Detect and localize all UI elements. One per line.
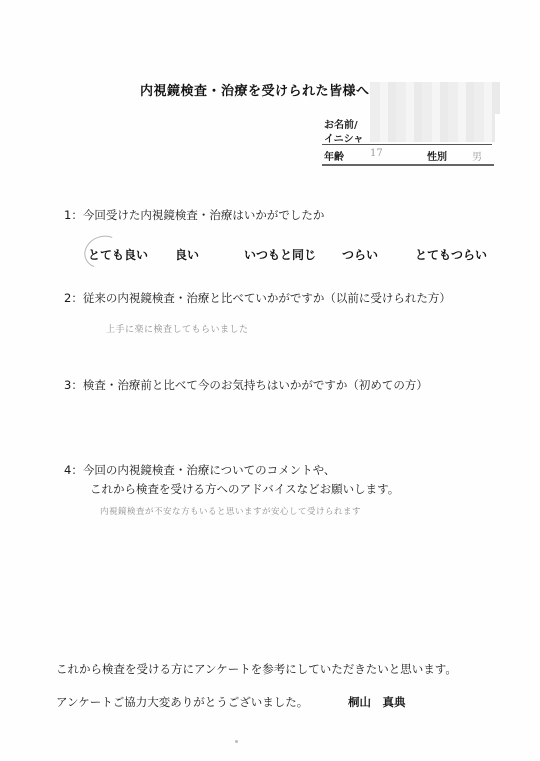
question-4-number: 4： (64, 463, 83, 477)
initials-label: イニシャ (324, 130, 363, 145)
signature: 桐山 真典 (348, 694, 406, 710)
age-value: 17 (370, 148, 383, 159)
question-1-text: 今回受けた内視鏡検査・治療はいかがでしたか (83, 208, 325, 222)
selected-circle-mark (80, 230, 127, 273)
question-2: 2：従来の内視鏡検査・治療と比べていかがですか（以前に受けられた方） (64, 290, 451, 306)
questionnaire-page: 内視鏡検査・治療を受けられた皆様へ お名前/ イニシャ 年齢 17 性別 男 1… (0, 0, 540, 761)
option-good[interactable]: 良い (175, 246, 199, 263)
footer-line-2: アンケートご協力大変ありがとうございました。 (56, 694, 308, 710)
question-3-text: 検査・治療前と比べて今のお気持ちはいかがですか（初めての方） (83, 378, 428, 392)
info-bottom-line (322, 164, 494, 166)
question-4-line2: これから検査を受ける方へのアドバイスなどお願いします。 (90, 481, 399, 497)
name-label: お名前/ (324, 116, 358, 131)
sex-label: 性別 (427, 148, 447, 163)
question-2-text: 従来の内視鏡検査・治療と比べていかがですか（以前に受けられた方） (83, 291, 451, 305)
question-2-answer: 上手に楽に検査してもらいました (106, 322, 249, 335)
question-4: 4：今回の内視鏡検査・治療についてのコメントや、 (64, 462, 335, 478)
option-very-hard[interactable]: とてもつらい (415, 246, 487, 263)
name-underline (322, 144, 492, 145)
sex-value: 男 (472, 148, 482, 163)
question-1: 1：今回受けた内視鏡検査・治療はいかがでしたか (64, 207, 324, 223)
question-1-number: 1： (64, 208, 83, 222)
scan-speck (235, 740, 238, 743)
age-label: 年齢 (324, 148, 344, 163)
question-4-text-line1: 今回の内視鏡検査・治療についてのコメントや、 (83, 463, 336, 477)
question-3-number: 3： (64, 378, 83, 392)
footer-line-1: これから検査を受ける方にアンケートを参考にしていただきたいと思います。 (56, 661, 457, 677)
option-hard[interactable]: つらい (342, 246, 378, 263)
document-title: 内視鏡検査・治療を受けられた皆様へ (140, 80, 370, 99)
question-4-answer: 内視鏡検査が不安な方もいると思いますが安心して受けられます (100, 505, 361, 517)
option-very-good[interactable]: とても良い (88, 246, 148, 263)
question-3: 3：検査・治療前と比べて今のお気持ちはいかがですか（初めての方） (64, 377, 428, 393)
patient-info-box: お名前/ イニシャ 年齢 17 性別 男 (322, 112, 492, 167)
question-2-number: 2： (64, 291, 83, 305)
redacted-name-area (370, 82, 500, 114)
option-same-as-usual[interactable]: いつもと同じ (244, 246, 316, 263)
